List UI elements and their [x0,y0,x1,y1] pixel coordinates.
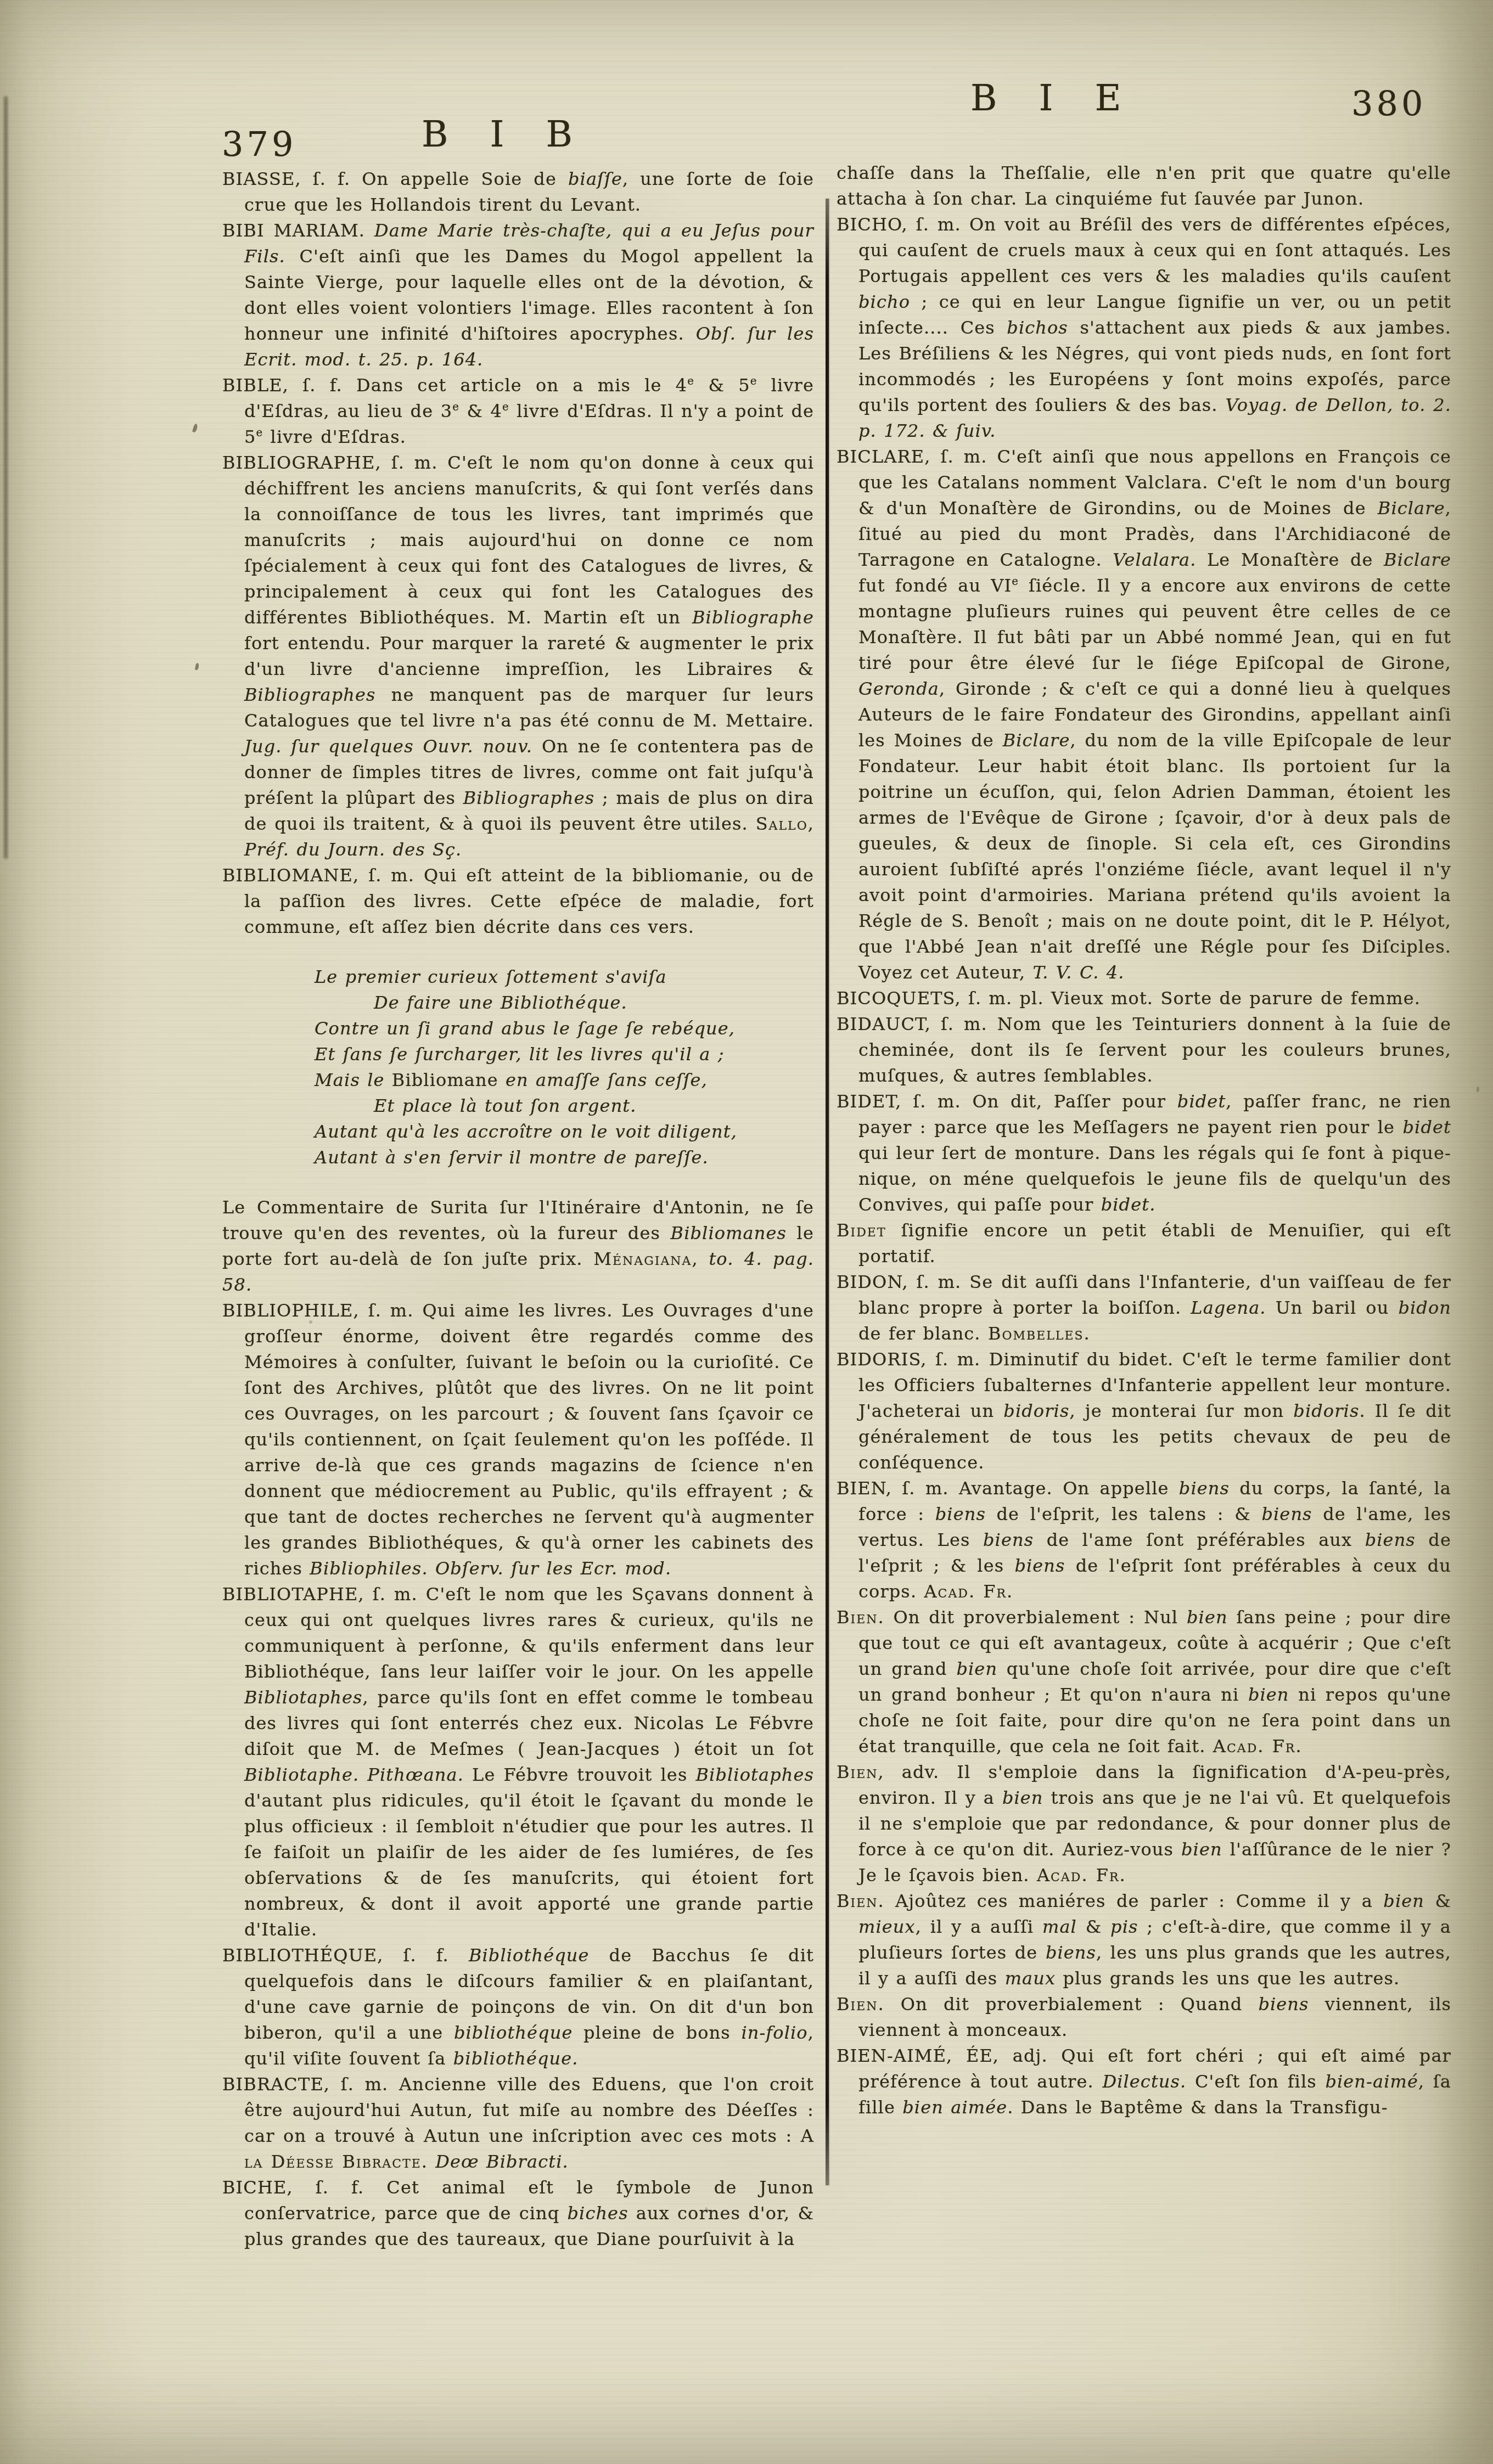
column-divider-rule [826,199,829,2185]
continuation-paragraph: Le Commentaire de Surita ſur l'Itinérair… [222,1195,814,1298]
scan-edge-shadow [4,96,8,859]
body-text: & 4 [459,401,502,421]
verse-line: Contre un ſi grand abus le ſage ſe rebéq… [315,1016,814,1042]
body-text: BICLARE, ſ. m. C'eſt ainſi que nous appe… [837,446,1451,519]
italic-text: biaſſe [568,168,622,189]
italic-text: De faire une Bibliothéque. [374,992,627,1013]
body-text: . Dans le Baptême & dans la Transfigu- [1007,2097,1388,2118]
entry-paragraph: BICHO, ſ. m. On voit au Bréſil des vers … [837,212,1451,444]
running-title-right: BIE [970,77,1163,119]
entry-paragraph: Bien. On dit proverbialement : Quand bie… [837,1992,1451,2043]
body-text: , [692,1248,709,1269]
body-text: BIDAUCT, ſ. m. Nom que les Teinturiers d… [837,1014,1451,1086]
body-text: Le Monaſtère de [1197,549,1384,570]
body-text: C'eſt ſon fils [1186,2071,1325,2092]
small-caps-text: Bombelles. [988,1323,1091,1344]
entry-paragraph: BIBLIOMANE, ſ. m. Qui eſt atteint de la … [222,863,814,940]
body-text: , je monterai ſur mon [1069,1400,1293,1421]
italic-text: in-folio [741,2022,807,2043]
body-text: Le Fébvre trouvoit les [464,1764,695,1785]
italic-text: biens [1046,1942,1096,1963]
entry-paragraph: BIEN, ſ. m. Avantage. On appelle biens d… [837,1476,1451,1605]
italic-text: Geronda [858,678,939,699]
italic-text: Biclare [1384,549,1451,570]
body-text: plus grands les uns que les autres. [1056,1968,1400,1989]
body-text: BIBLIOTAPHE, ſ. m. C'eſt le nom que les … [222,1584,814,1682]
verse-line: Et ſans ſe ſurcharger, lit les livres qu… [315,1042,814,1067]
italic-text: biens [1014,1555,1065,1576]
italic-text: mal [1042,1916,1077,1937]
italic-text: Et ſans ſe ſurcharger, lit les livres qu… [315,1044,725,1065]
body-text: BIASSE, ſ. f. On appelle Soie de [222,168,568,189]
italic-text: Préf. du Journ. des Sç. [244,839,462,860]
italic-text: biens [1261,1504,1312,1524]
body-text: , il y a auſſi [916,1916,1042,1937]
body-text: On dit proverbialement : Quand [885,1994,1259,2015]
running-title-left: BIB [422,113,614,155]
italic-text: Dilectus. [1102,2071,1186,2092]
body-text: fort entendu. Pour marquer la rareté & a… [244,633,814,679]
entry-paragraph: BIBLIOTAPHE, ſ. m. C'eſt le nom que les … [222,1582,814,1943]
body-text [428,2151,435,2172]
entry-paragraph: BICHE, ſ. f. Cet animal eſt le ſymbole d… [222,2175,814,2252]
entry-paragraph: BIDORIS, ſ. m. Diminutif du bidet. C'eſt… [837,1347,1451,1476]
entry-paragraph: BIBLIOGRAPHE, ſ. m. C'eſt le nom qu'on d… [222,450,814,863]
continuation-paragraph: chaſſe dans la Theſſalie, elle n'en prit… [837,160,1451,212]
italic-text: mieux [858,1916,916,1937]
italic-text: Velalara. [1113,549,1196,570]
body-text: de fer blanc. [858,1323,988,1344]
body-text: BIBI MARIAM. [222,220,374,241]
ink-speck [192,423,198,432]
body-text: BIDET, ſ. m. On dit, Paſſer pour [837,1091,1177,1112]
entry-paragraph: Bien. On dit proverbialement : Nul bien … [837,1605,1451,1759]
italic-text: biens [935,1504,986,1524]
entry-paragraph: BICLARE, ſ. m. C'eſt ainſi que nous appe… [837,444,1451,986]
small-caps-text: la Déesse Bibracte. [244,2151,428,2172]
small-caps-text: Bidet [837,1220,886,1241]
italic-text: Bibliothéque [469,1945,590,1966]
italic-text: en amaſſe ſans ceſſe, [498,1070,708,1090]
italic-text: Bibliotaphe. Pithœana. [244,1764,464,1785]
italic-text: bien aimée [902,2097,1007,2118]
body-text: de l'eſprit, les talens : & [986,1504,1261,1524]
superscript-text: e [1012,575,1019,588]
body-text: Ajoûtez ces maniéres de parler : Comme i… [885,1891,1384,1911]
italic-text: Biclare [1003,730,1070,751]
body-text: BIBLE, ſ. f. Dans cet article on a mis l… [222,375,687,396]
italic-text: bicho [858,291,910,312]
verse-line: Autant à s'en ſervir il montre de pareſſ… [315,1145,814,1171]
superscript-text: e [256,426,263,439]
italic-text: bidet. [1101,1194,1156,1215]
italic-text: T. V. C. 4. [1032,962,1124,983]
italic-text: bien [1002,1787,1043,1808]
small-caps-text: Bien. [837,1607,885,1628]
body-text: BIBRACTE, ſ. m. Ancienne ville des Eduen… [222,2074,814,2146]
small-caps-text: Sallo [756,813,808,834]
page-number-left: 379 [222,124,296,164]
italic-text: biens [1258,1994,1309,2015]
italic-text: biens [983,1529,1034,1550]
italic-text: biens [1179,1478,1230,1499]
italic-text: Bibliotaphes [244,1687,363,1708]
entry-paragraph: BIEN-AIMÉ, ÉE, adj. Qui eſt fort chéri ;… [837,2043,1451,2120]
entry-paragraph: BIDON, ſ. m. Se dit auſſi dans l'Infante… [837,1269,1451,1347]
italic-text: Deœ Bibracti. [435,2151,569,2172]
italic-text: bidoris [1293,1400,1359,1421]
body-text: BIBLIOMANE, ſ. m. Qui eſt atteint de la … [222,865,814,937]
small-caps-text: Bien. [837,1994,885,2015]
verse-line: De faire une Bibliothéque. [374,990,814,1016]
superscript-text: e [502,401,509,413]
verse-block: Le premier curieux ſottement s'aviſaDe f… [315,964,814,1171]
body-text: , du nom de la ville Epiſcopale de leur … [858,730,1451,983]
italic-text: bibliothéque. [453,2048,579,2069]
entry-paragraph: BIASSE, ſ. f. On appelle Soie de biaſſe,… [222,166,814,218]
italic-text: Bibliophiles. Obſerv. ſur les Ecr. mod. [310,1558,671,1579]
superscript-text: e [750,375,757,387]
body-text: chaſſe dans la Theſſalie, elle n'en prit… [837,162,1451,209]
entry-paragraph: BIBLE, ſ. f. Dans cet article on a mis l… [222,373,814,450]
entry-paragraph: Bien. Ajoûtez ces maniéres de parler : C… [837,1888,1451,1992]
italic-text: biches [567,2203,628,2224]
italic-text: Jug. ſur quelques Ouvr. nouv. [244,736,532,757]
body-text: Bibliomane [392,1070,498,1090]
verse-line: Autant qu'à les accroître on le voit dil… [315,1119,814,1145]
italic-text: Bibliographes [463,787,595,808]
small-caps-text: Ménagiana [593,1248,692,1269]
body-text: pleine de bons [572,2022,741,2043]
italic-text: Autant à s'en ſervir il montre de pareſſ… [315,1147,709,1168]
ink-speck [309,1320,312,1324]
entry-paragraph: BIDET, ſ. m. On dit, Paſſer pour bidet, … [837,1089,1451,1218]
small-caps-text: Bien. [837,1891,885,1911]
body-text: & [1424,1891,1451,1911]
verse-line: Le premier curieux ſottement s'aviſa [315,964,814,990]
body-text: de l'ame ſont préférables aux [1034,1529,1365,1550]
italic-text: biens [1365,1529,1416,1550]
page-number-right: 380 [1351,83,1426,123]
italic-text: Et place là tout ſon argent. [374,1095,637,1116]
dictionary-page-scan: 379 BIB BIE 380 BIASSE, ſ. f. On appelle… [0,0,1493,2464]
entry-paragraph: BIBLIOPHILE, ſ. m. Qui aime les livres. … [222,1298,814,1582]
italic-text: bibliothéque [454,2022,573,2043]
column-right: chaſſe dans la Theſſalie, elle n'en prit… [837,160,1451,2120]
body-text: BIBLIOTHÉQUE, ſ. f. [222,1945,469,1966]
italic-text: Le premier curieux ſottement s'aviſa [315,966,667,987]
body-text: BIBLIOGRAPHE, ſ. m. C'eſt le nom qu'on d… [222,452,814,628]
body-text: , [808,813,814,834]
superscript-text: e [687,375,694,387]
small-caps-text: Acad. Fr. [924,1581,1013,1602]
entry-paragraph: BIBI MARIAM. Dame Marie très-chaſte, qui… [222,218,814,373]
italic-text: bien [1181,1839,1222,1860]
body-text: On dit proverbialement : Nul [885,1607,1187,1628]
ink-speck [1477,1087,1479,1092]
entry-paragraph: BICOQUETS, ſ. m. pl. Vieux mot. Sorte de… [837,986,1451,1011]
italic-text: bidon [1398,1297,1451,1318]
italic-text: Mais le [315,1070,392,1090]
italic-text: bien [956,1658,997,1679]
small-caps-text: Bien [837,1762,878,1782]
verse-line: Mais le Bibliomane en amaſſe ſans ceſſe, [315,1067,814,1093]
italic-text: Bibliographe [692,607,814,628]
column-left: BIASSE, ſ. f. On appelle Soie de biaſſe,… [222,166,814,2252]
italic-text: bidet [1403,1117,1452,1138]
body-text: BICHO, ſ. m. On voit au Bréſil des vers … [837,214,1451,286]
italic-text: bidoris [1003,1400,1069,1421]
small-caps-text: Acad. Fr. [1037,1865,1126,1886]
ink-speck [195,663,199,671]
body-text: & 5 [694,375,750,396]
italic-text: bichos [1007,317,1068,338]
italic-text: bien [1248,1684,1289,1705]
italic-text: Autant qu'à les accroître on le voit dil… [315,1121,737,1142]
italic-text: Contre un ſi grand abus le ſage ſe rebéq… [315,1018,735,1039]
italic-text: Biclare [1378,498,1445,519]
italic-text: bidet [1177,1091,1226,1112]
body-text: livre d'Eſdras. [263,426,406,447]
entry-paragraph: BIDAUCT, ſ. m. Nom que les Teinturiers d… [837,1011,1451,1089]
italic-text: bien [1383,1891,1424,1911]
italic-text: Bibliographes [244,684,376,705]
italic-text: Bibliomanes [671,1223,787,1244]
body-text: Un baril ou [1266,1297,1399,1318]
entry-paragraph: BIBLIOTHÉQUE, ſ. f. Bibliothéque de Bacc… [222,1943,814,2072]
body-text: BIEN, ſ. m. Avantage. On appelle [837,1478,1179,1499]
body-text: BICOQUETS, ſ. m. pl. Vieux mot. Sorte de… [837,988,1421,1009]
entry-paragraph: Bien, adv. Il s'emploie dans la ſignific… [837,1759,1451,1888]
entry-paragraph: Bidet ſignifie encore un petit établi de… [837,1218,1451,1269]
italic-text: pis [1110,1916,1138,1937]
superscript-text: e [452,401,459,413]
italic-text: Lagena. [1191,1297,1266,1318]
entry-paragraph: BIBRACTE, ſ. m. Ancienne ville des Eduen… [222,2072,814,2175]
body-text: & [1077,1916,1110,1937]
body-text: BIBLIOPHILE, ſ. m. Qui aime les livres. … [222,1300,814,1579]
verse-line: Et place là tout ſon argent. [374,1093,814,1119]
italic-text: bien-aimé [1325,2071,1418,2092]
small-caps-text: Acad. Fr. [1213,1736,1303,1757]
body-text: fut fondé au VI [858,575,1012,596]
italic-text: maux [1005,1968,1056,1989]
italic-text: Bibliotaphes [695,1764,814,1785]
body-text: ſignifie encore un petit établi de Menui… [858,1220,1451,1267]
body-text: d'autant plus ridicules, qu'il étoit le … [244,1790,814,1940]
italic-text: bien [1187,1607,1228,1628]
